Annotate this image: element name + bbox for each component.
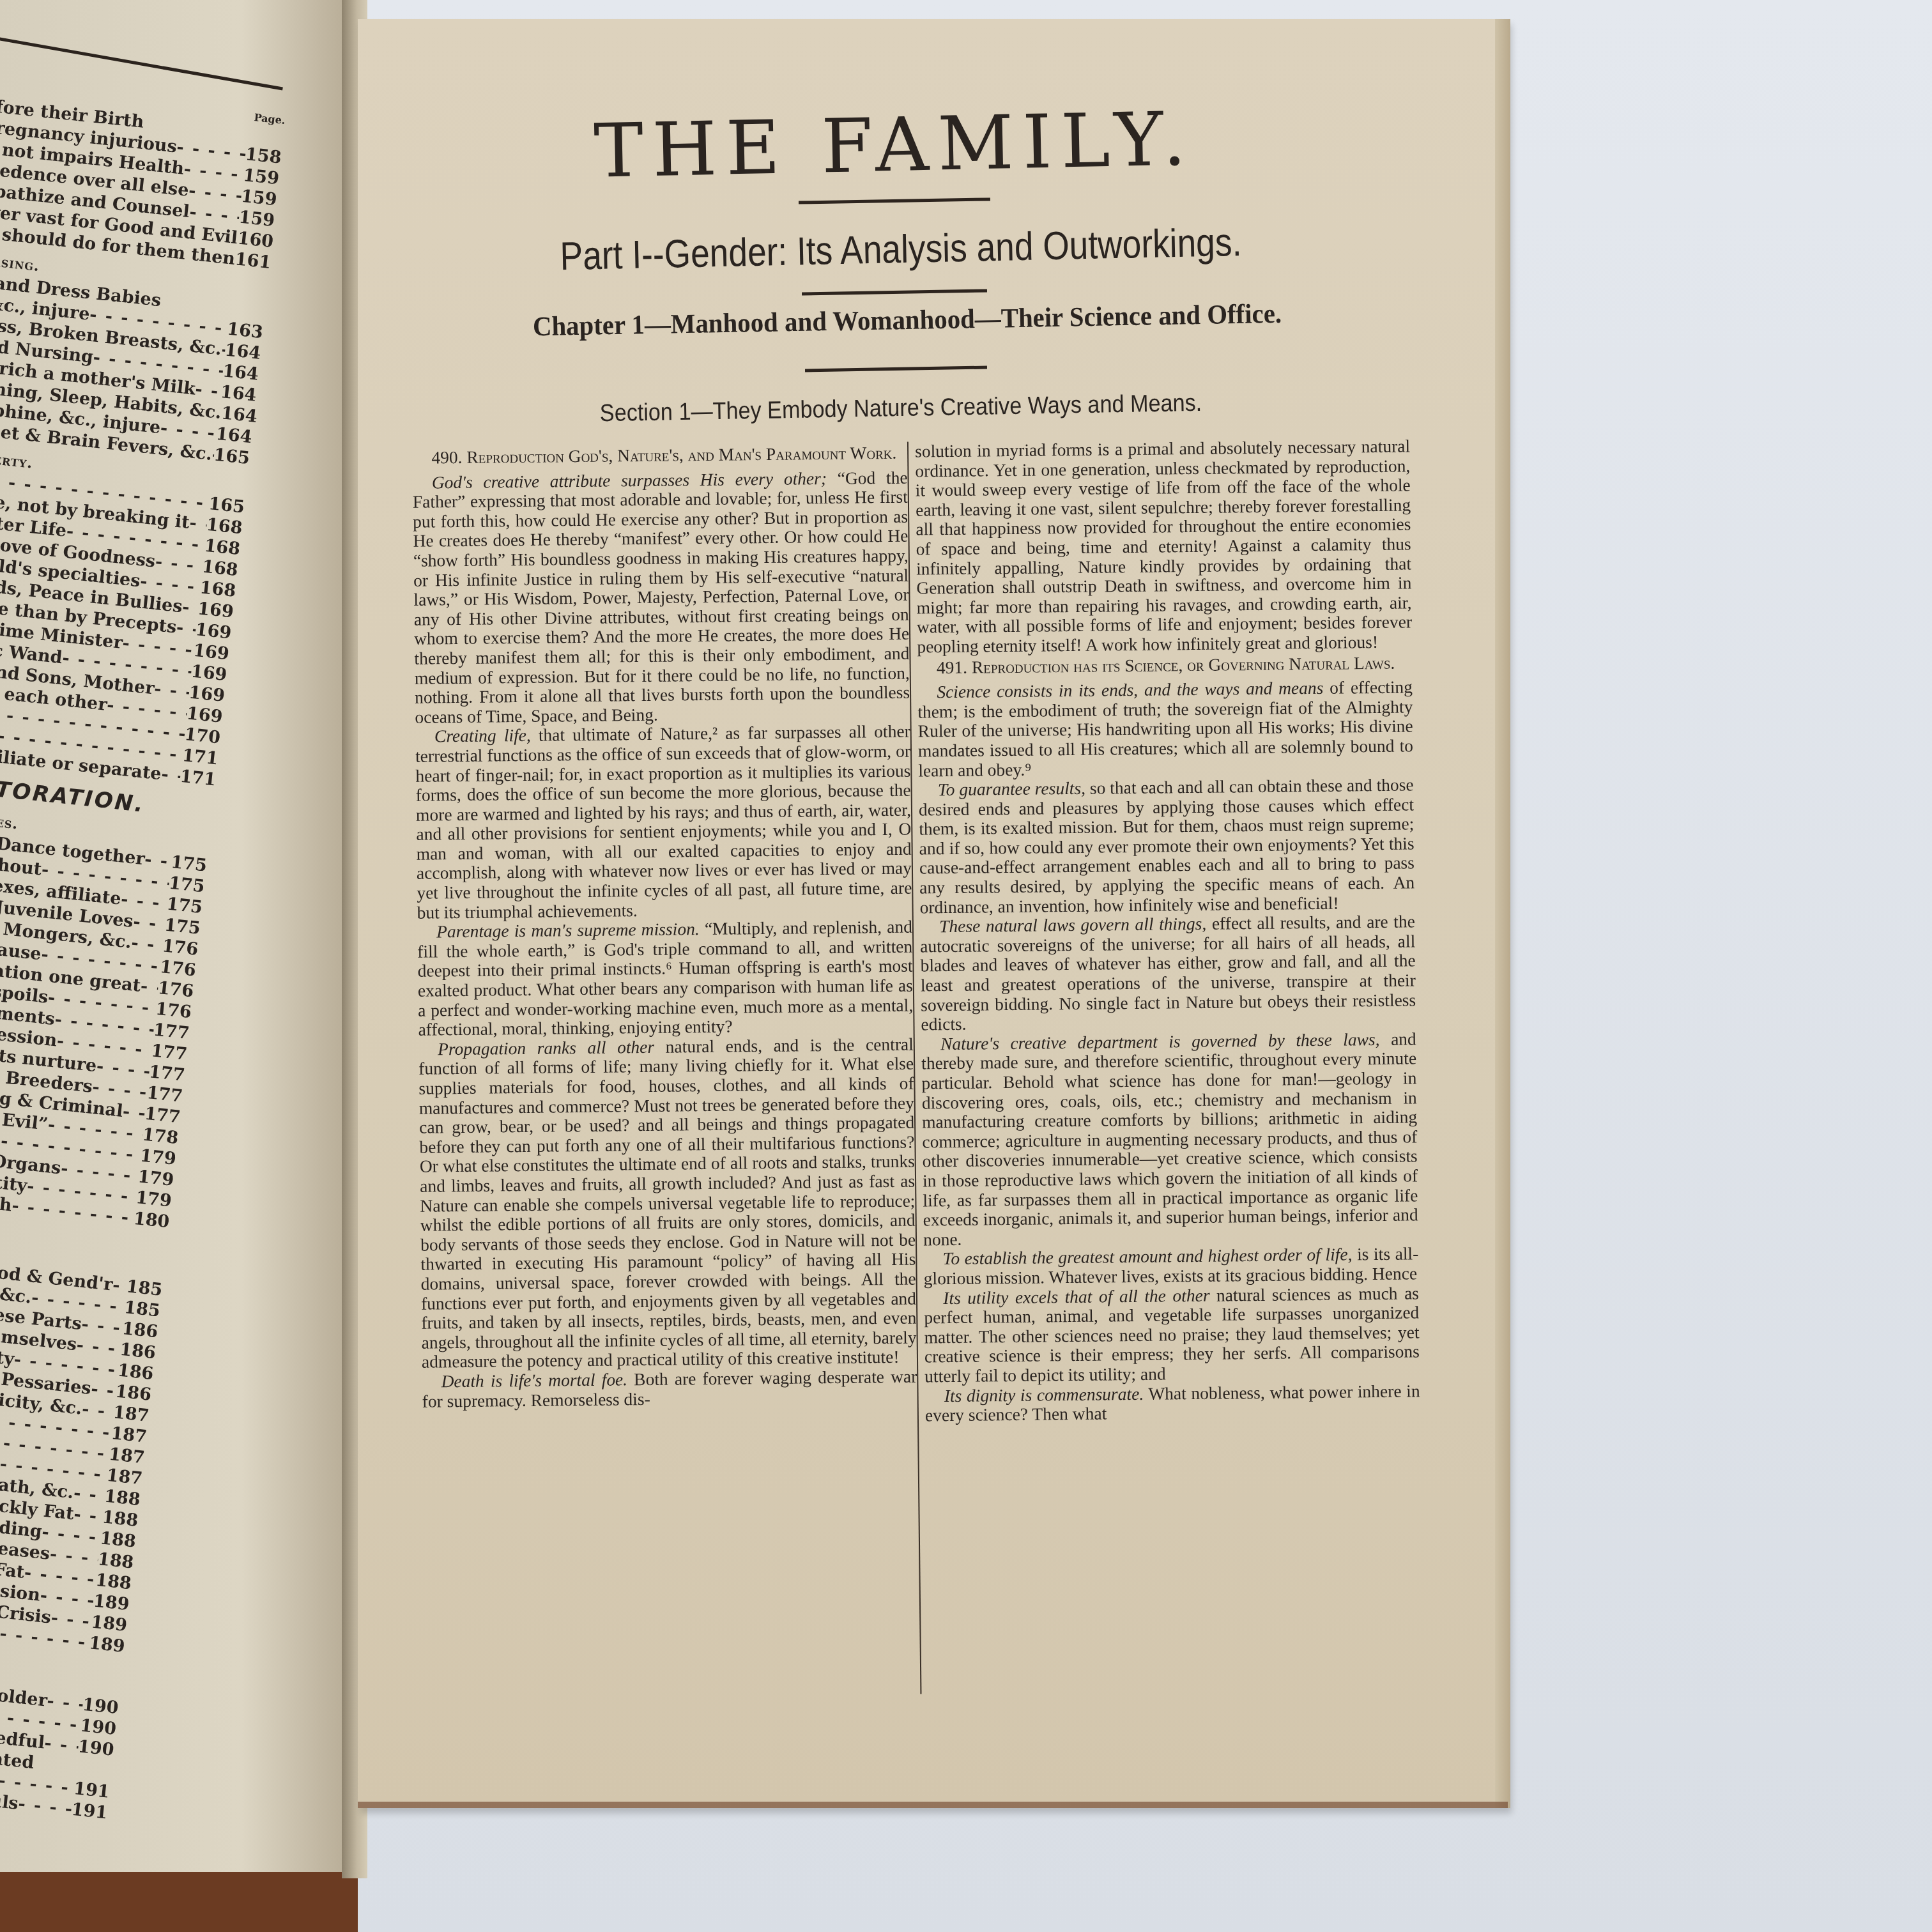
paragraph: Its dignity is commensurate. What noblen… xyxy=(924,1381,1420,1425)
toc-entry-page: 171 xyxy=(179,766,217,791)
toc-leader-dots: - - - - - - - - - - - - - - - - - - - - … xyxy=(175,617,196,640)
toc-entry-page: 180 xyxy=(132,1208,171,1233)
toc-leader-dots: - - - - - - - - - - - - - - - - - - - - … xyxy=(43,1733,79,1757)
toc-leader-dots: - - - - - - - - - - - - - - - - - - - - … xyxy=(132,911,165,935)
toc-leader-dots: - - - - - - - - - - - - - - - - - - - - … xyxy=(160,764,181,787)
paragraph: These natural laws govern all things, ef… xyxy=(920,912,1416,1035)
paragraph: Parentage is man's supreme mission. “Mul… xyxy=(417,917,914,1040)
paragraph: Nature's creative department is governed… xyxy=(921,1029,1418,1250)
toc-entry-page: 191 xyxy=(70,1799,109,1824)
toc-leader-dots: - - - - - - - - - - - - - - - - - - - - … xyxy=(73,1482,106,1506)
paragraph-text: natural ends, and is the central functio… xyxy=(418,1034,917,1372)
paragraph: To guarantee results, so that each and a… xyxy=(919,775,1415,917)
toc-leader-dots: - - - - - - - - - - - - - - - - - - - - … xyxy=(73,1504,103,1528)
emphasis: These natural laws govern all things, xyxy=(939,914,1206,936)
body-column-left: 490. Reproduction God's, Nature's, and M… xyxy=(412,442,917,1411)
emphasis: Propagation ranks all other xyxy=(438,1037,654,1059)
emphasis: Parentage is man's supreme mission. xyxy=(436,919,700,941)
paragraph-text: “God the Father” expressing that most ad… xyxy=(413,467,910,726)
article-heading-491: 491. Reproduction has its Science, or Go… xyxy=(917,653,1413,678)
article-heading-490: 490. Reproduction God's, Nature's, and M… xyxy=(412,443,907,468)
toc-leader-dots: - - - - - - - - - - - - - - - - - - - - … xyxy=(139,976,158,999)
paragraph: God's creative attribute surpasses His e… xyxy=(412,468,910,727)
toc-leader-dots: - - - - - - - - - - - - - - - - - - - - … xyxy=(194,379,222,402)
toc-leader-dots: - - - - - - - - - - - - - - - - - - - - … xyxy=(81,1399,114,1423)
paragraph-text: and thereby made sure, and therefore sci… xyxy=(921,1029,1418,1249)
toc-leader-dots: - - - - - - - - - - - - - - - - - - - - … xyxy=(188,512,208,535)
emphasis: Death is life's mortal foe. xyxy=(441,1369,627,1391)
left-page-toc: Page. efore their Birth Pregnancy injuri… xyxy=(0,0,345,1872)
toc-leader-dots: - - - - - - - - - - - - - - - - - - - - … xyxy=(181,597,199,619)
body-column-right: solution in myriad forms is a primal and… xyxy=(915,436,1420,1425)
page-bottom-edge xyxy=(358,1802,1508,1808)
toc-leader-dots: - - - - - - - - - - - - - - - - - - - - … xyxy=(144,849,172,873)
emphasis: Creating life, xyxy=(434,725,531,746)
paragraph: Death is life's mortal foe. Both are for… xyxy=(422,1367,917,1411)
paragraph: Propagation ranks all other natural ends… xyxy=(418,1034,917,1372)
paragraph: Creating life, that ultimate of Nature,²… xyxy=(415,722,912,923)
page-edge xyxy=(1495,19,1510,1808)
toc-leader-dots: - - - - - - - - - - - - - - - - - - - - … xyxy=(122,1101,146,1124)
emphasis: Its dignity is commensurate. xyxy=(944,1383,1144,1405)
paragraph: Its utility excels that of all the other… xyxy=(924,1284,1420,1386)
toc-list: Page. efore their Birth Pregnancy injuri… xyxy=(0,83,286,1823)
paragraph: solution in myriad forms is a primal and… xyxy=(915,436,1412,657)
emphasis: To guarantee results, xyxy=(938,778,1085,799)
toc-leader-dots: - - - - - - - - - - - - - - - - - - - - … xyxy=(130,932,164,956)
paragraph: Science consists in its ends, and the wa… xyxy=(917,677,1414,780)
toc-entry-page: 165 xyxy=(213,444,251,469)
paragraph-text: that ultimate of Nature,² as far surpass… xyxy=(415,721,912,922)
paragraph: To establish the greatest amount and hig… xyxy=(923,1245,1419,1289)
toc-header-rule xyxy=(0,35,283,91)
toc-entry-page: 190 xyxy=(77,1736,116,1761)
toc-leader-dots: - - - - - - - - - - - - - - - - - - - - … xyxy=(90,1378,117,1402)
body-columns: 490. Reproduction God's, Nature's, and M… xyxy=(396,436,1432,1712)
toc-entry-page: 161 xyxy=(234,249,272,273)
emphasis: Its utility excels that of all the other xyxy=(943,1285,1210,1307)
page-title: THE FAMILY. xyxy=(536,95,1253,195)
toc-entry-page: 189 xyxy=(88,1632,126,1657)
